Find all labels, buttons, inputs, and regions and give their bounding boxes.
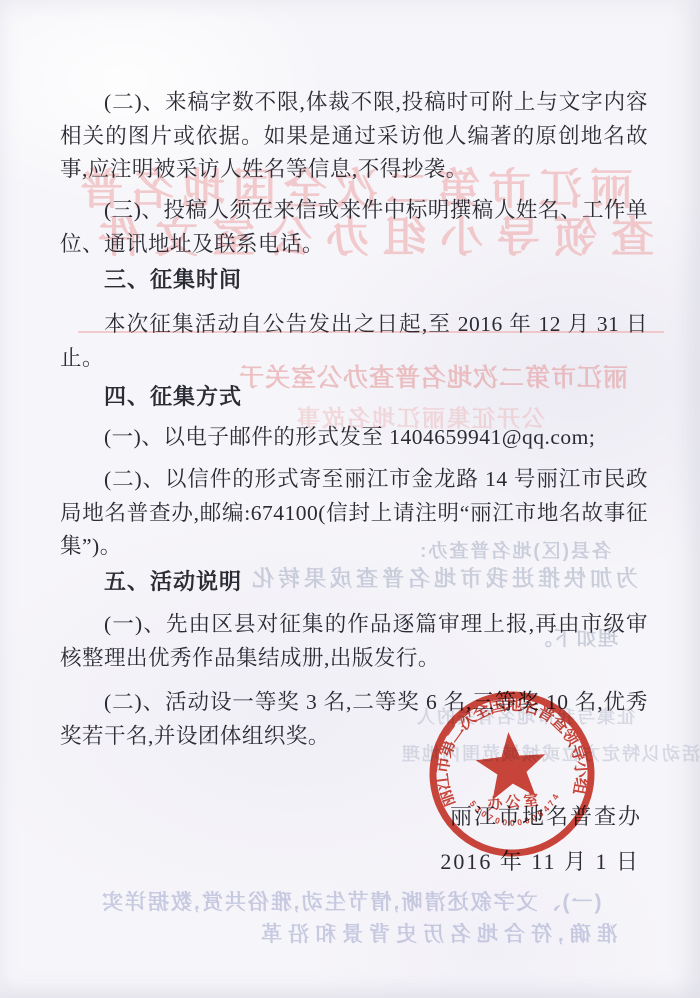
paragraph-mail-method: (二)、以信件的形式寄至丽江市金龙路 14 号丽江市民政局地名普查办,邮编:67…	[60, 463, 648, 564]
paragraph-contributor-info: (三)、投稿人须在来信或来件中标明撰稿人姓名、工作单位、通讯地址及联系电话。	[60, 194, 648, 261]
paragraph-email-method: (一)、以电子邮件的形式发至 1404659941@qq.com;	[60, 421, 648, 455]
scanned-document-page: 丽江市第二次全国地名普 查领导小组办公室文件 丽江市第二次地名普查办公室关于 公…	[0, 0, 700, 998]
paragraph-deadline: 本次征集活动自公告发出之日起,至 2016 年 12 月 31 日止。	[60, 308, 648, 375]
bleedthrough-text: (一)、文字叙述清晰,情节生动,雅俗共赏,数据详实	[100, 886, 602, 916]
paragraph-review-process: (一)、先由区县对征集的作品逐篇审理上报,再由市级审核整理出优秀作品集结成册,出…	[60, 608, 648, 675]
heading-activity-notes: 五、活动说明	[104, 565, 648, 599]
signature-organization: 丽江市地名普查办	[450, 800, 642, 831]
signature-date: 2016 年 11 月 1 日	[440, 845, 640, 876]
paragraph-awards: (二)、活动设一等奖 3 名,二等奖 6 名,三等奖 10 名,优秀奖若干名,并…	[60, 686, 648, 753]
heading-collection-method: 四、征集方式	[104, 380, 648, 414]
paragraph-submission-format: (二)、来稿字数不限,体裁不限,投稿时可附上与文字内容相关的图片或依据。如果是通…	[60, 86, 648, 187]
bleedthrough-text: 准确,符合地名历史背景和沿革	[255, 918, 618, 948]
heading-collection-time: 三、征集时间	[104, 263, 648, 297]
